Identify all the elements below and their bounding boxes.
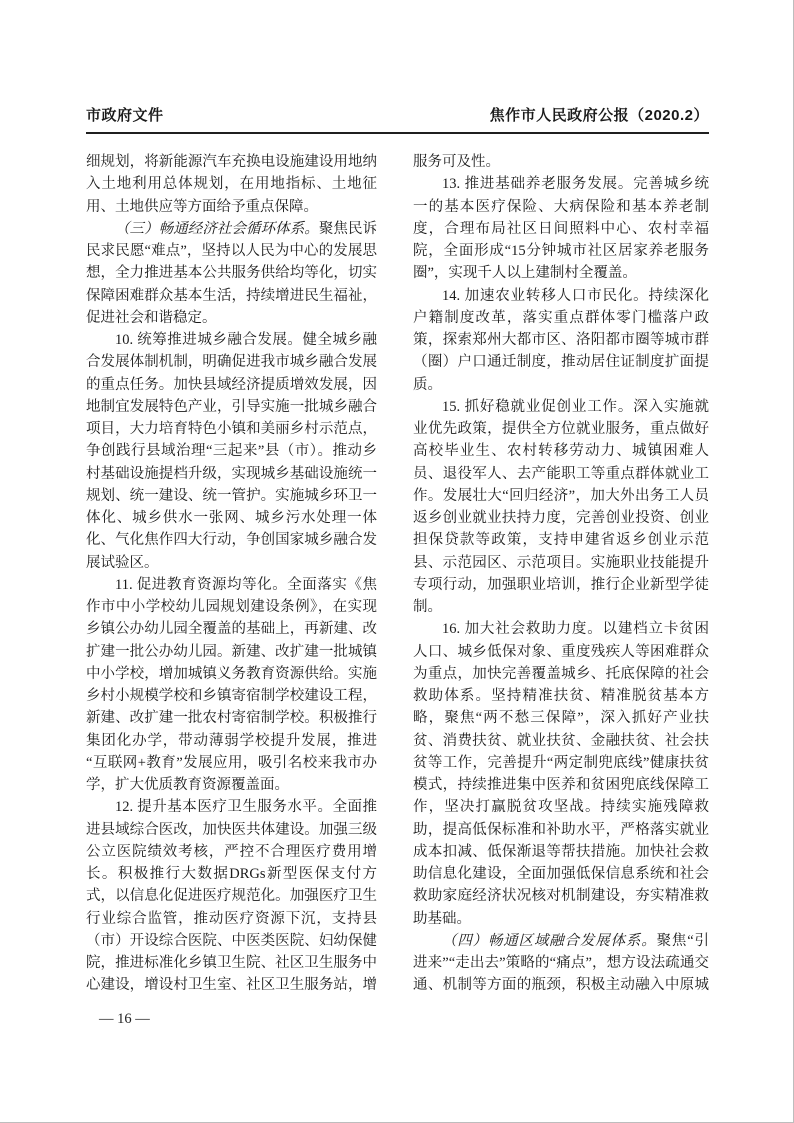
- paragraph-continued: 细规划，将新能源汽车充换电设施建设用地纳入土地利用总体规划，在用地指标、土地征用…: [86, 151, 377, 218]
- item-lead: 15. 抓好稳就业促创业工作。: [442, 399, 633, 415]
- paragraph-section-4: （四）畅通区域融合发展体系。聚焦“引进来”“走出去”策略的“痛点”，想方设法疏通…: [413, 930, 709, 999]
- header-publication-title: 焦作市人民政府公报（2020.2）: [490, 104, 709, 125]
- item-lead: 11. 促进教育资源均等化。: [115, 577, 287, 593]
- paragraph-item-16: 16. 加大社会救助力度。以建档立卡贫困人口、城乡低保对象、重度残疾人等困难群众…: [413, 618, 709, 930]
- paragraph-item-14: 14. 加速农业转移人口市民化。持续深化户籍制度改革，落实重点群体零门槛落户政策…: [413, 285, 709, 396]
- column-left: 细规划，将新能源汽车充换电设施建设用地纳入土地利用总体规划，在用地指标、土地征用…: [86, 151, 377, 999]
- gazette-page: 市政府文件 焦作市人民政府公报（2020.2） 细规划，将新能源汽车充换电设施建…: [0, 0, 794, 1123]
- paragraph-section-3: （三）畅通经济社会循环体系。聚焦民诉民求民愿“难点”，坚持以人民为中心的发展思想…: [86, 218, 377, 329]
- item-lead: 14. 加速农业转移人口市民化。: [442, 288, 649, 304]
- paragraph-item-12: 12. 提升基本医疗卫生服务水平。全面推进县域综合医改，加快医共体建设。加强三级…: [86, 796, 377, 999]
- item-lead: 16. 加大社会救助力度。: [442, 621, 603, 637]
- item-lead: 10. 统筹推进城乡融合发展。: [115, 332, 302, 348]
- paragraph-item-15: 15. 抓好稳就业促创业工作。深入实施就业优先政策，提供全方位就业服务，重点做好…: [413, 396, 709, 619]
- paragraph-item-13: 13. 推进基础养老服务发展。完善城乡统一的基本医疗保险、大病保险和基本养老制度…: [413, 173, 709, 284]
- header-doc-type: 市政府文件: [86, 104, 164, 125]
- page-header: 市政府文件 焦作市人民政府公报（2020.2）: [86, 104, 709, 134]
- section-heading: （三）畅通经济社会循环体系。: [115, 221, 319, 237]
- paragraph-continued: 服务可及性。: [413, 151, 709, 173]
- paragraph-item-11: 11. 促进教育资源均等化。全面落实《焦作市中小学校幼儿园规划建设条例》，在实现…: [86, 574, 377, 797]
- column-right: 服务可及性。 13. 推进基础养老服务发展。完善城乡统一的基本医疗保险、大病保险…: [413, 151, 709, 999]
- page-number: — 16 —: [99, 1011, 150, 1028]
- page-body: 细规划，将新能源汽车充换电设施建设用地纳入土地利用总体规划，在用地指标、土地征用…: [86, 151, 709, 999]
- paragraph-item-10: 10. 统筹推进城乡融合发展。健全城乡融合发展体制机制，明确促进我市城乡融合发展…: [86, 329, 377, 574]
- item-lead: 12. 提升基本医疗卫生服务水平。: [115, 799, 332, 815]
- item-lead: 13. 推进基础养老服务发展。: [442, 176, 633, 192]
- section-heading: （四）畅通区域融合发展体系。: [442, 933, 657, 949]
